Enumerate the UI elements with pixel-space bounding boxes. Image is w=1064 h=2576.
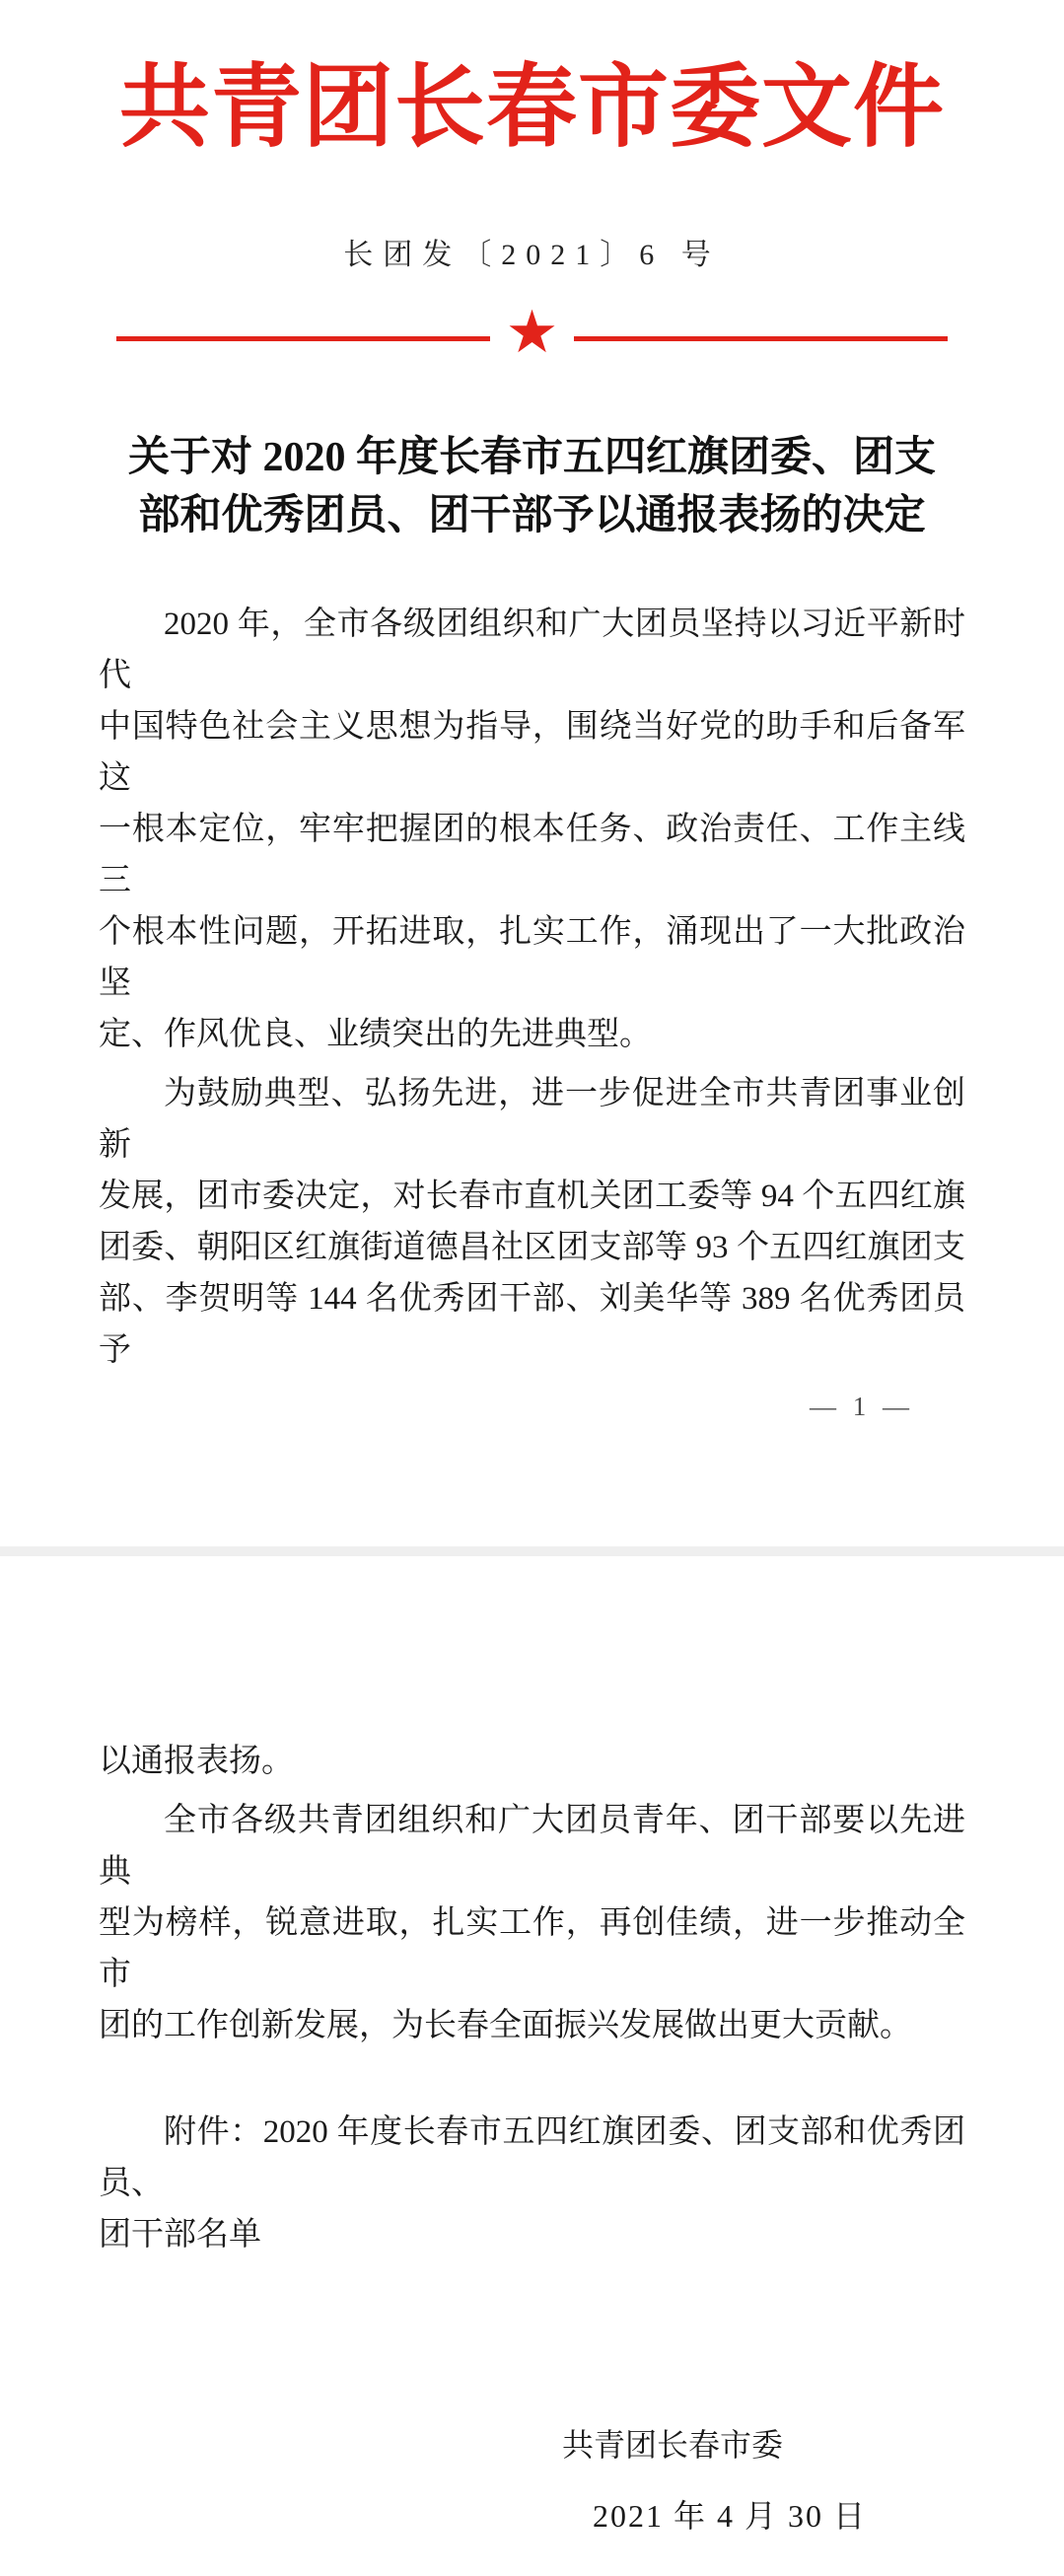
page1-body: 2020 年，全市各级团组织和广大团员坚持以习近平新时代 中国特色社会主义思想为… bbox=[0, 599, 1064, 1376]
issuer-signature: 共青团长春市委 bbox=[0, 2420, 1064, 2466]
star-icon: ★ bbox=[506, 303, 559, 362]
body-line: 全市各级共青团组织和广大团员青年、团干部要以先进典 bbox=[99, 1795, 965, 1897]
body-line: 定、作风优良、业绩突出的先进典型。 bbox=[99, 1009, 965, 1060]
bottom-margin bbox=[0, 2537, 1064, 2576]
body-line: 个根本性问题，开拓进取，扎实工作，涌现出了一大批政治坚 bbox=[99, 906, 965, 1009]
body-line: 型为榜样，锐意进取，扎实工作，再创佳绩，进一步推动全市 bbox=[99, 1897, 965, 2000]
document-page: 共青团长春市委文件 长团发〔2021〕6 号 ★ 关于对 2020 年度长春市五… bbox=[0, 0, 1064, 2576]
body-line: 部、李贺明等 144 名优秀团干部、刘美华等 389 名优秀团员予 bbox=[99, 1273, 965, 1376]
document-title: 关于对 2020 年度长春市五四红旗团委、团支 部和优秀团员、团干部予以通报表扬… bbox=[0, 429, 1064, 545]
attachment-line1: 附件：2020 年度长春市五四红旗团委、团支部和优秀团员、 bbox=[99, 2107, 965, 2209]
divider-line-left bbox=[116, 336, 490, 341]
page2-body: 以通报表扬。 全市各级共青团组织和广大团员青年、团干部要以先进典 型为榜样，锐意… bbox=[0, 1736, 1064, 2051]
body-line: 为鼓励典型、弘扬先进，进一步促进全市共青团事业创新 bbox=[99, 1068, 965, 1171]
body-line: 以通报表扬。 bbox=[99, 1736, 965, 1787]
attachment-note: 附件：2020 年度长春市五四红旗团委、团支部和优秀团员、 团干部名单 bbox=[0, 2107, 1064, 2260]
body-line: 团的工作创新发展，为长春全面振兴发展做出更大贡献。 bbox=[99, 2000, 965, 2051]
body-line: 一根本定位，牢牢把握团的根本任务、政治责任、工作主线三 bbox=[99, 804, 965, 906]
page-number: — 1 — bbox=[0, 1392, 1064, 1422]
document-title-line1: 关于对 2020 年度长春市五四红旗团委、团支 bbox=[0, 429, 1064, 487]
issue-date: 2021 年 4 月 30 日 bbox=[0, 2491, 1064, 2537]
body-line: 团委、朝阳区红旗街道德昌社区团支部等 93 个五四红旗团支 bbox=[99, 1222, 965, 1273]
body-line: 中国特色社会主义思想为指导，围绕当好党的助手和后备军这 bbox=[99, 701, 965, 804]
attachment-line2: 团干部名单 bbox=[99, 2209, 965, 2260]
page-separator bbox=[0, 1546, 1064, 1556]
document-number: 长团发〔2021〕6 号 bbox=[0, 230, 1064, 273]
body-line: 发展，团市委决定，对长春市直机关团工委等 94 个五四红旗 bbox=[99, 1171, 965, 1222]
letterhead-org-title: 共青团长春市委文件 bbox=[0, 0, 1064, 165]
divider-line-right bbox=[574, 336, 948, 341]
body-line: 2020 年，全市各级团组织和广大团员坚持以习近平新时代 bbox=[99, 599, 965, 701]
red-divider: ★ bbox=[116, 309, 948, 368]
document-title-line2: 部和优秀团员、团干部予以通报表扬的决定 bbox=[0, 487, 1064, 545]
